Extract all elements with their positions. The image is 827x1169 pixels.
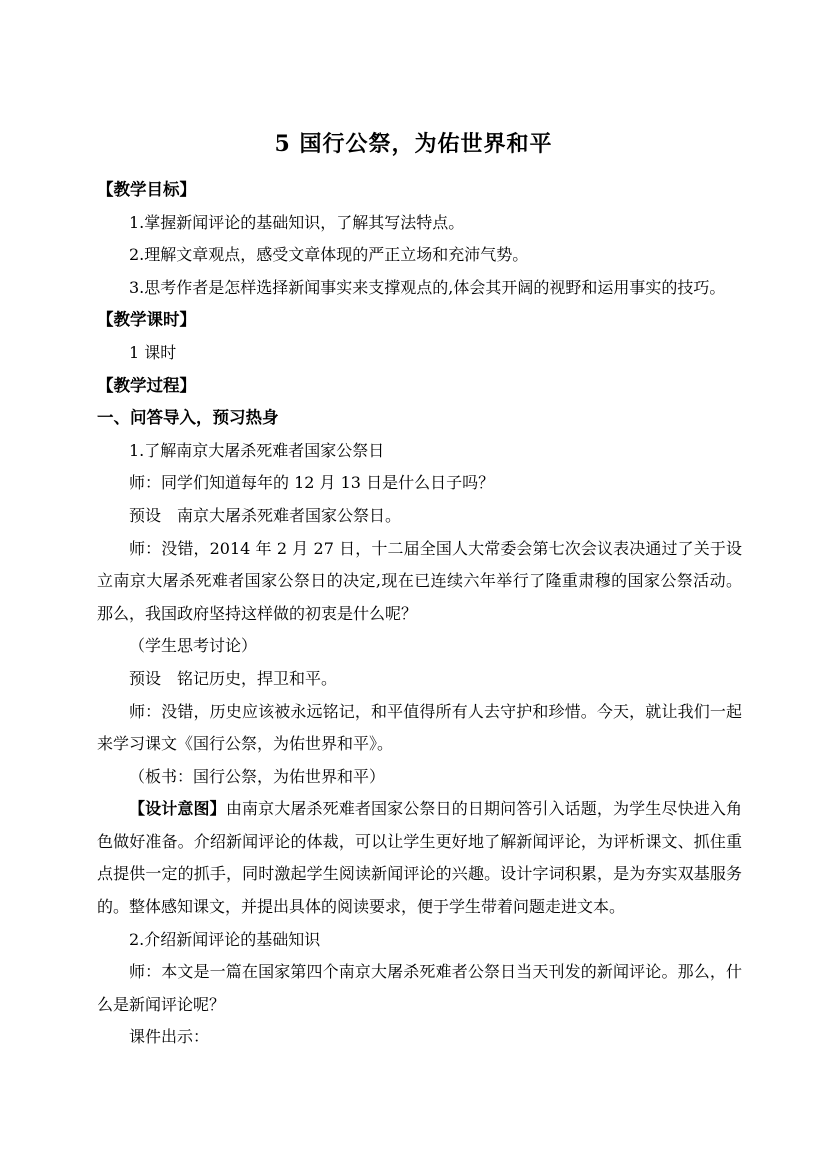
paragraph: 3.思考作者是怎样选择新闻事实来支撑观点的,体会其开阔的视野和运用事实的技巧。 — [97, 272, 742, 305]
document-body: 【教学目标】1.掌握新闻评论的基础知识，了解其写法特点。2.理解文章观点，感受文… — [97, 174, 742, 1054]
paragraph: 预设 南京大屠杀死难者国家公祭日。 — [97, 500, 742, 533]
paragraph-text: 【教学过程】 — [97, 376, 196, 395]
paragraph-text: 2.理解文章观点，感受文章体现的严正立场和充沛气势。 — [129, 245, 528, 264]
paragraph-text: 1 课时 — [129, 343, 176, 362]
paragraph-text: 3.思考作者是怎样选择新闻事实来支撑观点的,体会其开阔的视野和运用事实的技巧。 — [129, 278, 725, 297]
paragraph: 2.理解文章观点，感受文章体现的严正立场和充沛气势。 — [97, 239, 742, 272]
section-header: 【教学过程】 — [97, 370, 742, 403]
paragraph: 1.掌握新闻评论的基础知识，了解其写法特点。 — [97, 207, 742, 240]
paragraph-text: 预设 南京大屠杀死难者国家公祭日。 — [129, 506, 401, 525]
bold-lead: 【设计意图】 — [129, 799, 226, 818]
paragraph-text: （学生思考讨论） — [129, 636, 257, 655]
section-header: 【教学课时】 — [97, 304, 742, 337]
paragraph: 2.介绍新闻评论的基础知识 — [97, 924, 742, 957]
paragraph: 1.了解南京大屠杀死难者国家公祭日 — [97, 435, 742, 468]
list-heading: 一、问答导入，预习热身 — [97, 402, 742, 435]
paragraph-text: 预设 铭记历史，捍卫和平。 — [129, 669, 337, 688]
paragraph: （板书：国行公祭，为佑世界和平） — [97, 761, 742, 794]
paragraph: 【设计意图】由南京大屠杀死难者国家公祭日的日期问答引入话题，为学生尽快进入角色做… — [97, 793, 742, 923]
paragraph-text: 2.介绍新闻评论的基础知识 — [129, 930, 320, 949]
paragraph: 预设 铭记历史，捍卫和平。 — [97, 663, 742, 696]
paragraph: 师：没错，历史应该被永远铭记，和平值得所有人去守护和珍惜。今天，就让我们一起来学… — [97, 696, 742, 761]
paragraph-text: 1.掌握新闻评论的基础知识，了解其写法特点。 — [129, 213, 464, 232]
paragraph-text: 1.了解南京大屠杀死难者国家公祭日 — [129, 441, 384, 460]
paragraph-text: 一、问答导入，预习热身 — [97, 408, 279, 427]
document-title: 5 国行公祭，为佑世界和平 — [0, 0, 827, 164]
paragraph-text: （板书：国行公祭，为佑世界和平） — [129, 767, 385, 786]
paragraph: 师：本文是一篇在国家第四个南京大屠杀死难者公祭日当天刊发的新闻评论。那么，什么是… — [97, 956, 742, 1021]
paragraph-text: 课件出示： — [129, 1027, 209, 1046]
paragraph: 1 课时 — [97, 337, 742, 370]
paragraph: 师：没错，2014 年 2 月 27 日，十二届全国人大常委会第七次会议表决通过… — [97, 533, 742, 631]
paragraph-text: 师：没错，历史应该被永远铭记，和平值得所有人去守护和珍惜。今天，就让我们一起来学… — [97, 702, 742, 754]
paragraph-text: 【教学课时】 — [97, 310, 196, 329]
document-page: 5 国行公祭，为佑世界和平 【教学目标】1.掌握新闻评论的基础知识，了解其写法特… — [0, 0, 827, 1169]
paragraph-text: 师：没错，2014 年 2 月 27 日，十二届全国人大常委会第七次会议表决通过… — [97, 539, 742, 623]
paragraph-text: 师：本文是一篇在国家第四个南京大屠杀死难者公祭日当天刊发的新闻评论。那么，什么是… — [97, 962, 742, 1014]
paragraph-text: 【教学目标】 — [97, 180, 196, 199]
section-header: 【教学目标】 — [97, 174, 742, 207]
paragraph-text: 师：同学们知道每年的 12 月 13 日是什么日子吗？ — [129, 473, 494, 492]
paragraph: 课件出示： — [97, 1021, 742, 1054]
paragraph: 师：同学们知道每年的 12 月 13 日是什么日子吗？ — [97, 467, 742, 500]
paragraph: （学生思考讨论） — [97, 630, 742, 663]
